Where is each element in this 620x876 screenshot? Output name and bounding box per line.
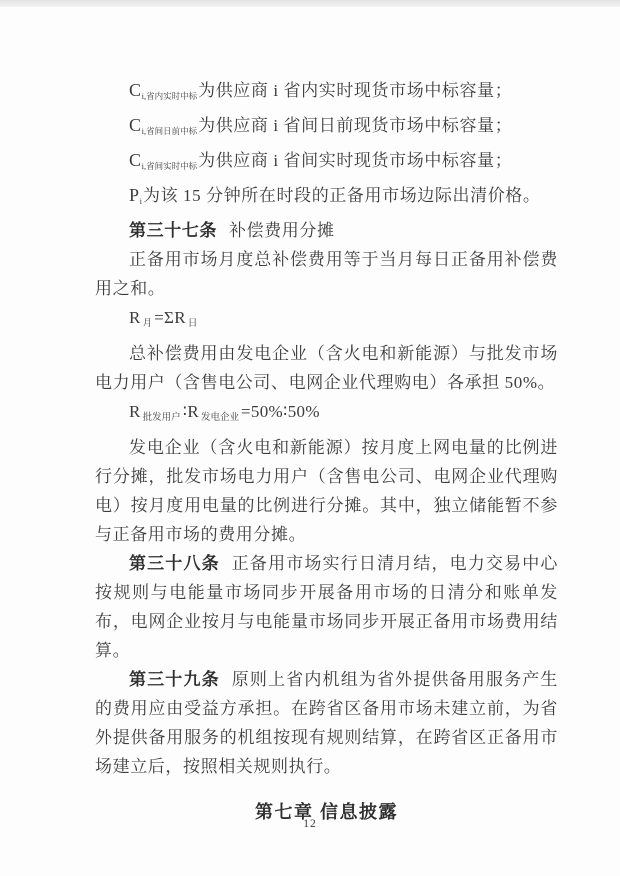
symbol-c: C [129, 115, 142, 135]
definition-text: 为供应商 i 省内实时现货市场中标容量； [198, 81, 512, 100]
definition-line-inter-province-realtime: Ci,省间实时中标为供应商 i 省间实时现货市场中标容量； [95, 146, 558, 181]
article-37-paragraph-3: 发电企业（含火电和新能源）按月度上网电量的比例进行分摊，批发市场电力用户（含售电… [95, 433, 558, 549]
formula-term: R [129, 308, 141, 327]
definition-line-inter-province-dayahead: Ci,省间日前中标为供应商 i 省间日前现货市场中标容量； [95, 111, 558, 146]
formula-subscript: 日 [188, 319, 198, 329]
article-37-title: 补偿费用分摊 [229, 221, 335, 240]
definition-text: 为该 15 分钟所在时段的正备用市场边际出清价格。 [143, 186, 541, 205]
article-37-paragraph-1: 正备用市场月度总补偿费用等于当月每日正备用补偿费用之和。 [95, 245, 558, 303]
formula-subscript: 批发用户 [143, 413, 181, 423]
symbol-c: C [129, 80, 142, 100]
formula-result: =50%∶50% [241, 402, 320, 421]
page-number: 12 [0, 818, 620, 830]
definition-line-intra-province-realtime: Ci,省内实时中标为供应商 i 省内实时现货市场中标容量； [95, 76, 558, 111]
symbol-subscript: i,省内实时中标 [142, 91, 198, 101]
symbol-c: C [129, 150, 142, 170]
definition-text: 为供应商 i 省间日前现货市场中标容量； [198, 116, 512, 135]
formula-operator: ∶R [183, 402, 199, 421]
symbol-subscript: i,省间日前中标 [142, 126, 198, 136]
article-39-number: 第三十九条 [129, 670, 220, 689]
formula-subscript: 发电企业 [201, 413, 239, 423]
article-37-heading: 第三十七条补偿费用分摊 [95, 216, 558, 245]
formula-subscript: 月 [143, 319, 153, 329]
document-page: Ci,省内实时中标为供应商 i 省内实时现货市场中标容量； Ci,省间日前中标为… [0, 0, 620, 876]
symbol-p: P [129, 185, 140, 205]
scan-edge-artifact [0, 0, 620, 7]
formula-operator: =ΣR [154, 308, 186, 327]
formula-term: R [129, 402, 141, 421]
article-38-number: 第三十八条 [129, 554, 220, 573]
article-38-paragraph: 第三十八条正备用市场实行日清月结，电力交易中心按规则与电能量市场同步开展备用市场… [95, 549, 558, 665]
article-37-number: 第三十七条 [129, 221, 217, 240]
formula-monthly-compensation: R月=ΣR日 [95, 303, 558, 339]
page-content: Ci,省内实时中标为供应商 i 省内实时现货市场中标容量； Ci,省间日前中标为… [95, 76, 558, 827]
definition-text: 为供应商 i 省间实时现货市场中标容量； [198, 151, 512, 170]
formula-cost-split-ratio: R批发用户∶R发电企业=50%∶50% [95, 397, 558, 433]
article-37-paragraph-2: 总补偿费用由发电企业（含火电和新能源）与批发市场电力用户（含售电公司、电网企业代… [95, 339, 558, 397]
article-39-paragraph: 第三十九条原则上省内机组为省外提供备用服务产生的费用应由受益方承担。在跨省区备用… [95, 665, 558, 781]
symbol-subscript: i,省间实时中标 [142, 161, 198, 171]
definition-line-clearing-price: Pi为该 15 分钟所在时段的正备用市场边际出清价格。 [95, 181, 558, 216]
symbol-subscript: i [140, 196, 142, 206]
